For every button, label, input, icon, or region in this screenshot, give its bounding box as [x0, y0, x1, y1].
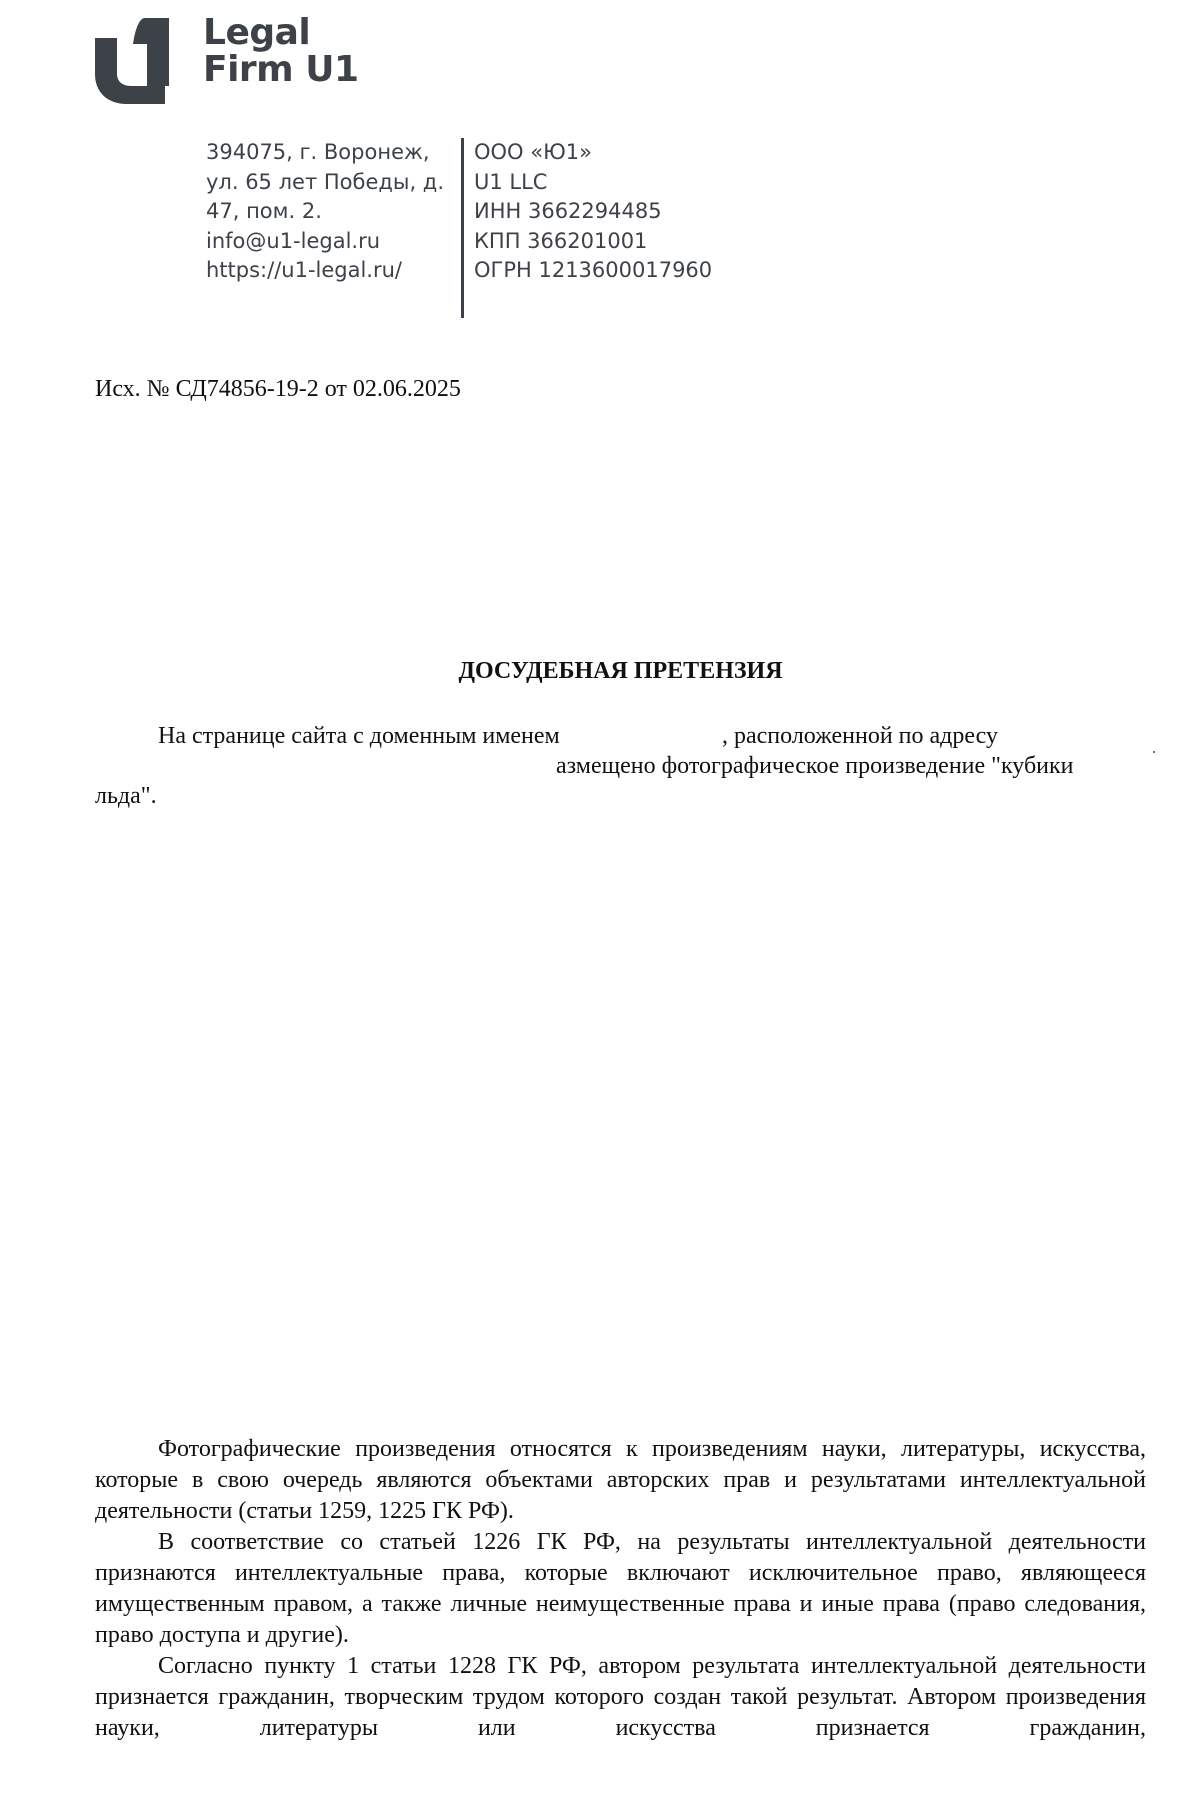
- address-column: 394075, г. Воронеж, ул. 65 лет Победы, д…: [206, 138, 444, 286]
- kpp: КПП 366201001: [474, 227, 712, 257]
- intro-line-2: азмещено фотографическое произведение "к…: [556, 751, 1074, 781]
- company-logo: Legal Firm U1: [95, 16, 365, 106]
- intro-line-1b: , расположенной по адресу: [722, 721, 998, 751]
- email-link[interactable]: info@u1-legal.ru: [206, 227, 444, 257]
- company-name-en: U1 LLC: [474, 168, 712, 198]
- u1-logo-mark-icon: [95, 16, 185, 106]
- website-link[interactable]: https://u1-legal.ru/: [206, 256, 444, 286]
- paragraph: Согласно пункту 1 статьи 1228 ГК РФ, авт…: [95, 1651, 1146, 1744]
- inn: ИНН 3662294485: [474, 197, 712, 227]
- intro-line-3: льда".: [95, 781, 157, 811]
- intro-line-1a: На страницe сайта с доменным именем: [158, 721, 560, 751]
- address-line: 47, пом. 2.: [206, 197, 444, 227]
- vertical-divider: [461, 138, 464, 318]
- requisites-column: ООО «Ю1» U1 LLC ИНН 3662294485 КПП 36620…: [474, 138, 712, 286]
- legal-body: Фотографические произведения относятся к…: [95, 1434, 1146, 1744]
- address-line: ул. 65 лет Победы, д.: [206, 168, 444, 198]
- logo-wordmark: Legal Firm U1: [203, 14, 359, 88]
- paragraph: Фотографические произведения относятся к…: [95, 1434, 1146, 1527]
- logo-line-2: Firm U1: [203, 51, 359, 88]
- link-fragment: [1153, 751, 1155, 753]
- document-title: ДОСУДЕБНАЯ ПРЕТЕНЗИЯ: [95, 658, 1146, 685]
- ogrn: ОГРН 1213600017960: [474, 256, 712, 286]
- document-page: Legal Firm U1 394075, г. Воронеж, ул. 65…: [0, 0, 1194, 1795]
- address-line: 394075, г. Воронеж,: [206, 138, 444, 168]
- paragraph: В соответствие со статьей 1226 ГК РФ, на…: [95, 1527, 1146, 1651]
- logo-line-1: Legal: [203, 14, 359, 51]
- intro-paragraph: На страницe сайта с доменным именем , ра…: [95, 721, 1146, 811]
- company-name: ООО «Ю1»: [474, 138, 712, 168]
- outgoing-reference: Исх. № СД74856-19-2 от 02.06.2025: [95, 376, 461, 403]
